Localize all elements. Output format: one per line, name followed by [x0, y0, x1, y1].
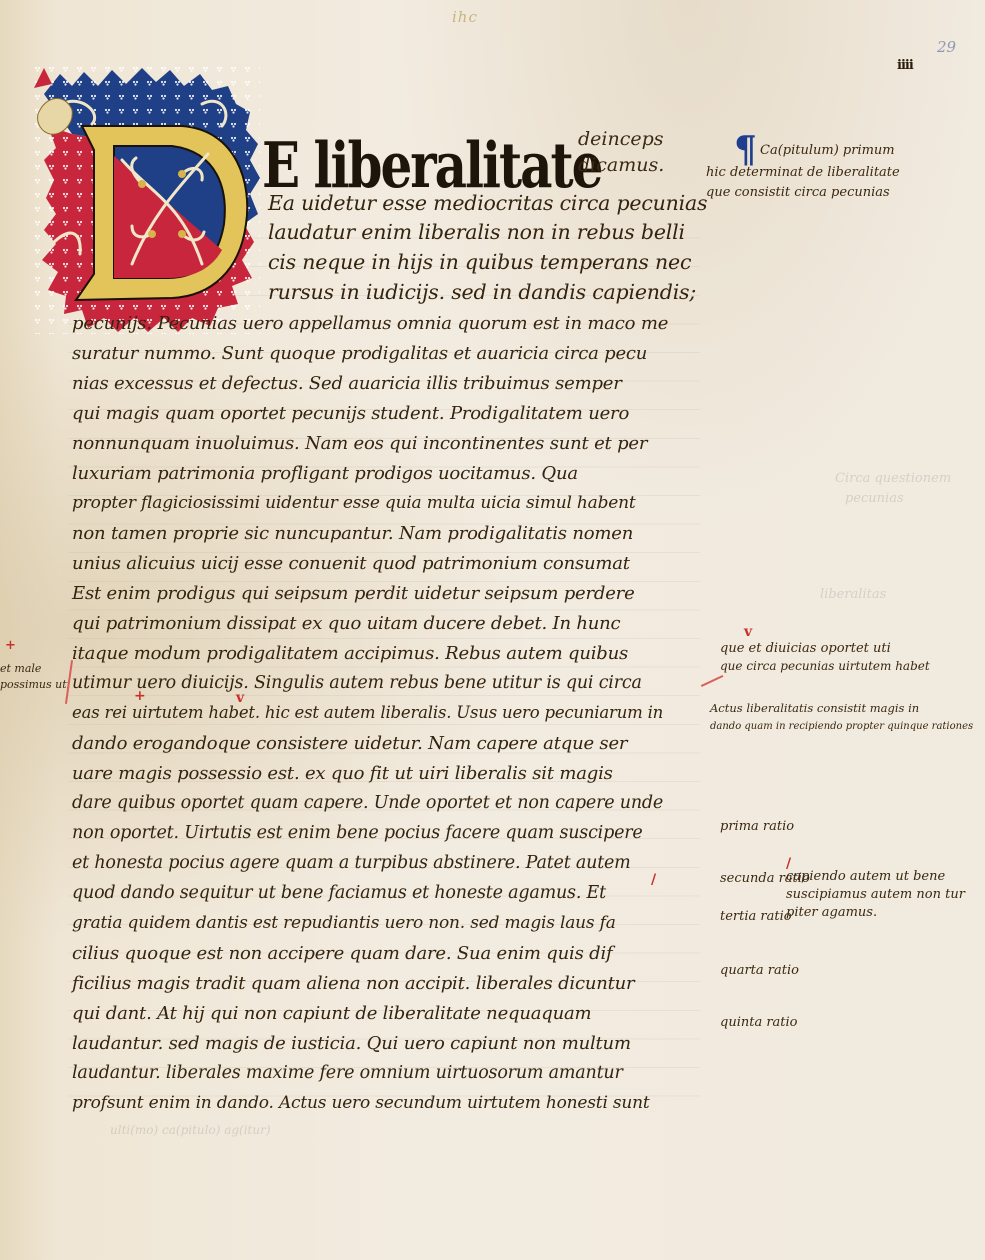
text-line: uare magis possessio est. ex quo fit ut … [72, 763, 613, 784]
chapter-gloss-line: que consistit circa pecunias [706, 184, 890, 201]
text-line: rursus in iudicijs. sed in dandis capien… [268, 280, 696, 304]
chapter-gloss-line: hic determinat de liberalitate [706, 164, 900, 181]
text-line: profsunt enim in dando. Actus uero secun… [72, 1093, 650, 1113]
text-line: laudantur. sed magis de iusticia. Qui ue… [72, 1033, 631, 1054]
text-line: et honesta pocius agere quam a turpibus … [72, 853, 631, 873]
text-line: laudatur enim liberalis non in rebus bel… [268, 220, 685, 244]
text-line: dando erogandoque consistere uidetur. Na… [72, 733, 627, 754]
heading-continuation-line: deinceps [578, 126, 664, 152]
illuminated-initial-d-icon [32, 64, 260, 334]
text-line: utimur uero diuicijs. Singulis autem reb… [72, 673, 642, 693]
red-bracket-line [701, 675, 723, 687]
text-line: quod dando sequitur ut bene faciamus et … [72, 883, 606, 903]
text-line: nonnunquam inuoluimus. Nam eos qui incon… [72, 433, 647, 454]
red-insertion-mark-icon: / [651, 872, 656, 888]
text-line: qui dant. At hij qui non capiunt de libe… [72, 1003, 591, 1024]
text-line: Est enim prodigus qui seipsum perdit uid… [72, 583, 635, 604]
margin-gloss-line: capiendo autem ut bene [786, 868, 945, 885]
red-insertion-mark-icon: v [236, 690, 244, 706]
margin-gloss-line: piter agamus. [786, 904, 877, 921]
folio-top-mark: ihc [452, 8, 478, 26]
margin-gloss-line: dando quam in recipiendo propter quinque… [710, 718, 973, 735]
text-line: dare quibus oportet quam capere. Unde op… [72, 793, 663, 813]
text-line: pecunijs. Pecunias uero appellamus omnia… [72, 313, 668, 334]
red-insertion-mark-icon: + [5, 638, 16, 653]
folio-number: 29 [937, 38, 956, 56]
red-insertion-mark-icon: + [134, 688, 146, 704]
heading-continuation: deinceps dicamus. [578, 126, 664, 178]
text-line: propter flagiciosissimi uidentur esse qu… [72, 493, 636, 513]
margin-gloss-line: suscipiamus autem non tur [786, 886, 965, 903]
text-line: laudantur. liberales maxime fere omnium … [72, 1063, 623, 1083]
text-line: luxuriam patrimonia profligant prodigos … [72, 463, 578, 484]
text-line: cilius quoque est non accipere quam dare… [72, 943, 612, 964]
text-line: nias excessus et defectus. Sed auaricia … [72, 373, 622, 394]
chapter-gloss-heading: Ca(pitulum) primum [760, 142, 895, 159]
red-insertion-mark-icon: v [744, 624, 752, 640]
margin-gloss-line: Actus liberalitatis consistit magis in [710, 700, 919, 717]
left-margin-gloss: possimus uti [0, 676, 70, 693]
folio-roman-numeral: iiii [897, 58, 913, 73]
reason-gloss: quinta ratio [720, 1014, 798, 1031]
text-line: cis neque in hijs in quibus temperans ne… [268, 250, 691, 274]
show-through-text: Circa questionem [835, 470, 951, 487]
text-line: ficilius magis tradit quam aliena non ac… [72, 973, 634, 994]
text-line: eas rei uirtutem habet. hic est autem li… [72, 703, 663, 722]
heading-continuation-line: dicamus. [578, 152, 664, 178]
text-line: suratur nummo. Sunt quoque prodigalitas … [72, 343, 647, 364]
show-through-text: liberalitas [820, 586, 886, 603]
reason-gloss: quarta ratio [720, 962, 799, 979]
faint-footer-note: ulti(mo) ca(pitulo) ag(itur) [110, 1122, 271, 1139]
margin-gloss-line: que circa pecunias uirtutem habet [720, 658, 930, 675]
margin-gloss-line: que et diuicias oportet uti [720, 640, 891, 657]
blue-pilcrow-icon: ¶ [734, 132, 757, 168]
text-line: gratia quidem dantis est repudiantis uer… [72, 913, 616, 933]
show-through-text: pecunias [845, 490, 904, 507]
text-line: non oportet. Uirtutis est enim bene poci… [72, 823, 643, 843]
left-margin-gloss: et male [0, 660, 41, 677]
text-line: qui magis quam oportet pecunijs student.… [72, 403, 629, 424]
text-line: Ea uidetur esse mediocritas circa pecuni… [268, 191, 707, 215]
text-line: unius alicuius uicij esse conuenit quod … [72, 553, 630, 574]
reason-gloss: tertia ratio [720, 908, 792, 925]
reason-gloss: prima ratio [720, 818, 794, 835]
text-line: itaque modum prodigalitatem accipimus. R… [72, 643, 628, 664]
text-line: non tamen proprie sic nuncupantur. Nam p… [72, 523, 633, 544]
text-line: qui patrimonium dissipat ex quo uitam du… [72, 613, 620, 634]
illuminated-initial [32, 64, 260, 334]
manuscript-page: ihc iiii 29 [0, 0, 985, 1260]
